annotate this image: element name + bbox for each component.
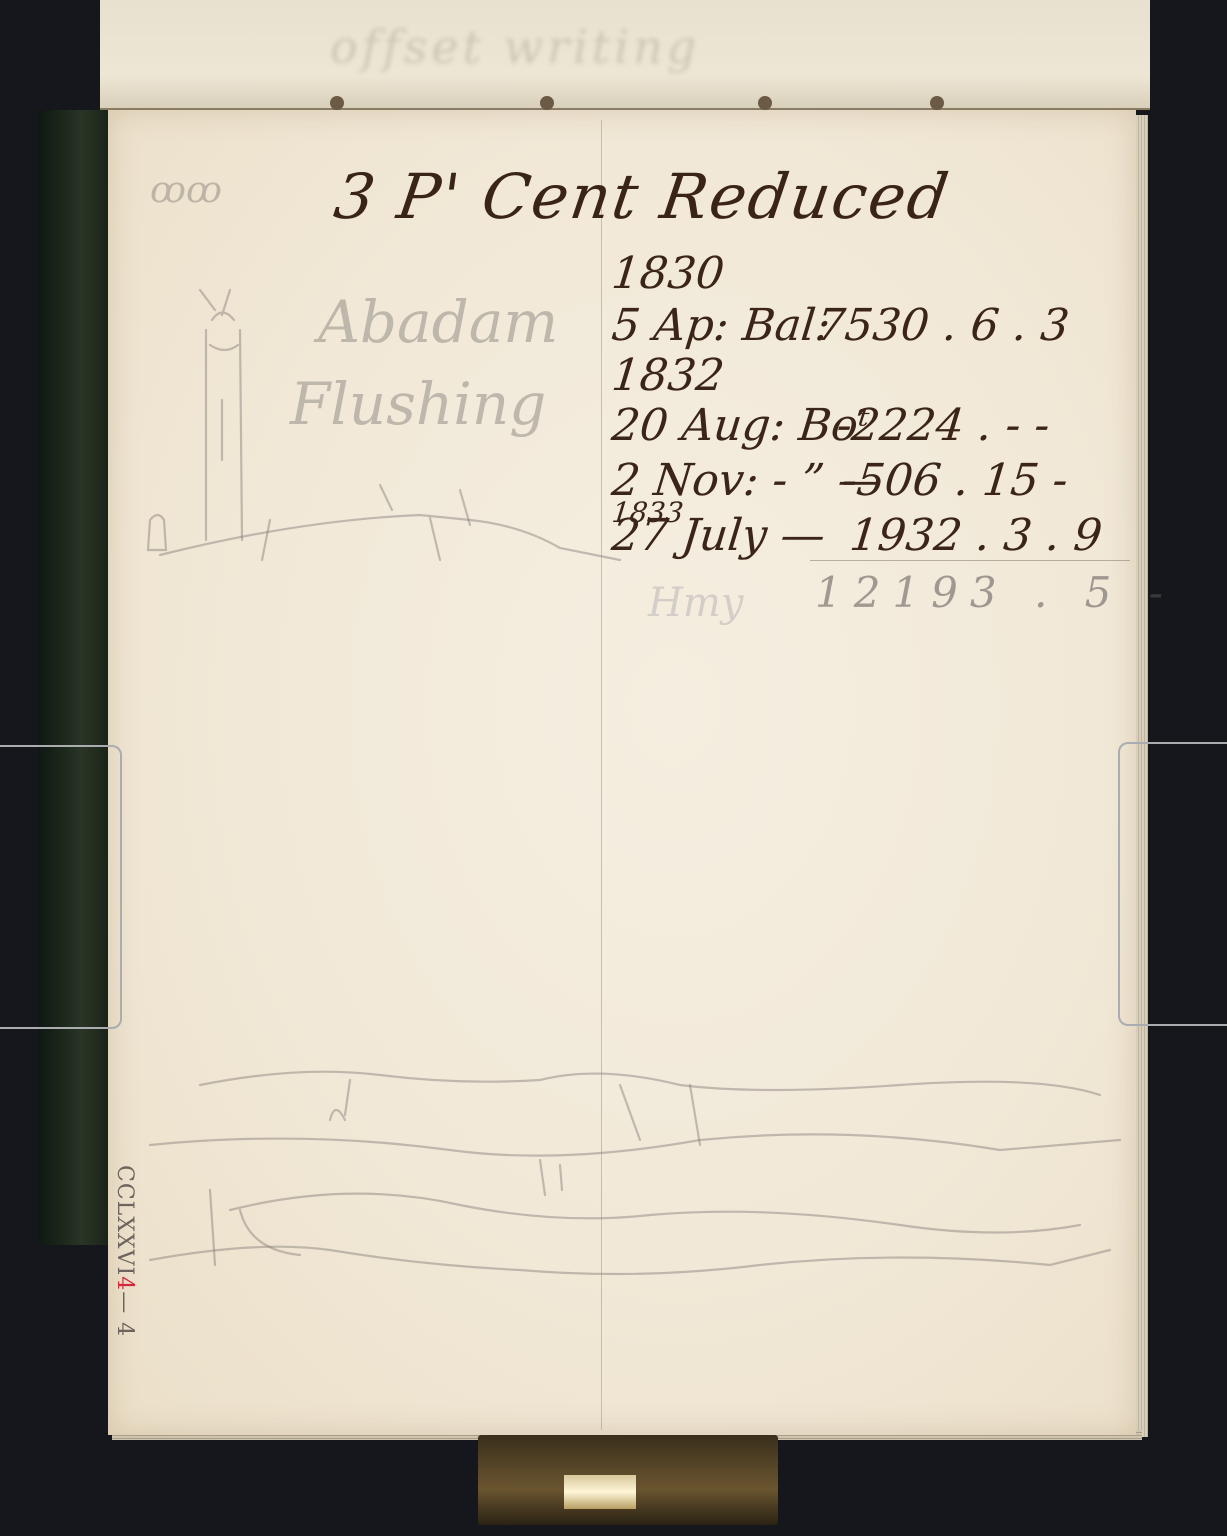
ledger-total: 12193 . 5 -: [815, 568, 1175, 617]
pencil-note-faint: Hmy: [648, 580, 743, 626]
ledger-row: 1830: [609, 248, 726, 299]
brass-clasp-band: [564, 1475, 636, 1509]
catalogue-number: CCLXXVI4— 4: [112, 1165, 137, 1337]
sum-rule-line: [810, 560, 1130, 561]
brass-clasp: [478, 1435, 778, 1525]
catalogue-suffix: — 4: [112, 1291, 137, 1337]
ledger-amount: 1932 . 3 . 9: [847, 510, 1104, 561]
ledger-row: 5 Ap: Bal: 7530 . 6 . 3: [609, 300, 833, 351]
ledger-label: 1830: [609, 248, 726, 299]
ledger-label: 27 July —: [609, 510, 827, 561]
ledger-label: 5 Ap: Bal:: [609, 300, 833, 351]
pencil-scribble: ꝏꝏ: [150, 170, 222, 211]
catalogue-red-suffix: 4: [112, 1276, 137, 1291]
ledger-row: 20 Aug: Boᵗ -2224 . - -: [609, 400, 871, 451]
ledger-amount: 7530 . 6 . 3: [814, 300, 1071, 351]
ink-heading: 3 P' Cent Reduced: [330, 160, 955, 233]
ledger-amount: -2224 . - -: [834, 400, 1052, 451]
right-wire-clip: [1118, 742, 1227, 1026]
left-wire-clip: [0, 745, 122, 1029]
ledger-label: 20 Aug: Boᵗ: [609, 400, 871, 451]
ledger-row: 27 July — 1932 . 3 . 9: [609, 510, 827, 561]
ledger-row: 1832: [609, 350, 726, 401]
ledger-amount: -506 . 15 -: [839, 455, 1070, 506]
catalogue-prefix: CCLXXVI: [112, 1165, 137, 1276]
pencil-note-flushing: Flushing: [290, 370, 546, 438]
pencil-note-abadam: Abadam: [318, 288, 558, 356]
ledger-label: 1832: [609, 350, 726, 401]
